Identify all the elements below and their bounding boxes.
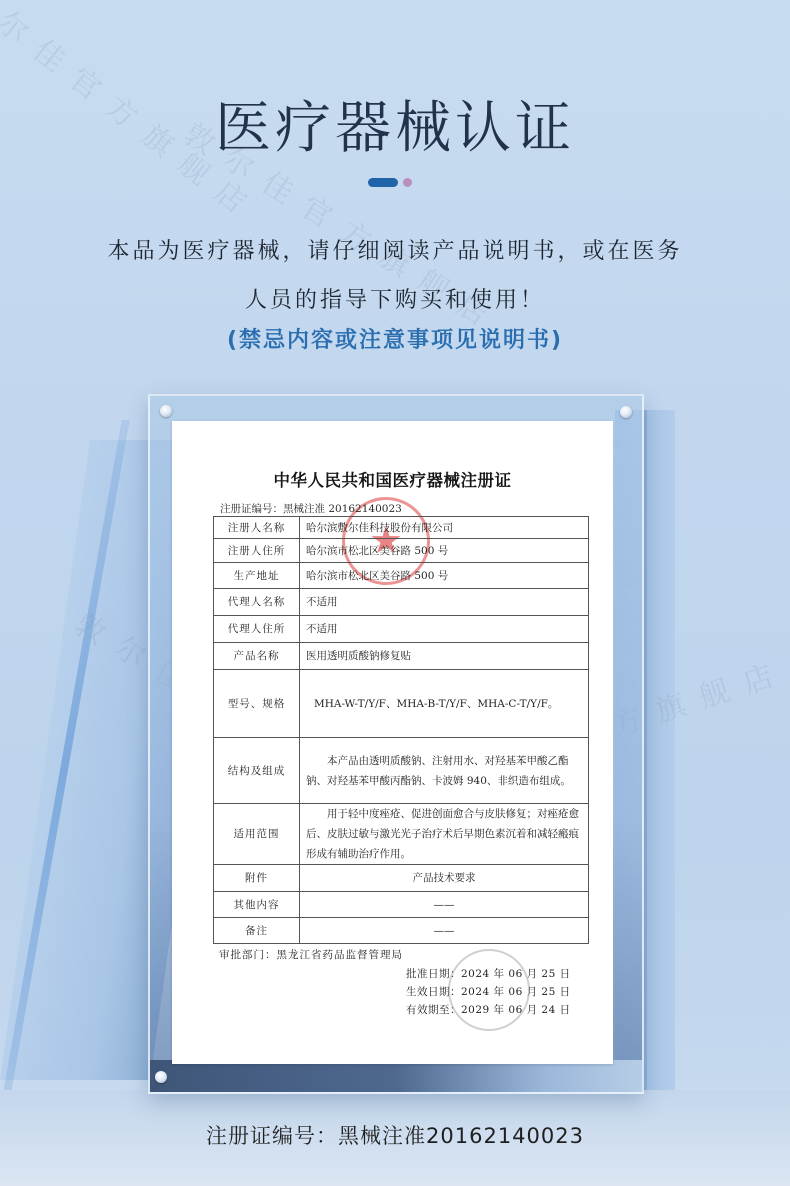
row-value: 本产品由透明质酸钠、注射用水、对羟基苯甲酸乙酯钠、对羟基苯甲酸丙酯钠、卡波姆 9…: [300, 738, 589, 804]
row-value: 产品技术要求: [300, 865, 589, 892]
table-row: 适用范围 用于轻中度痤疮、促进创面愈合与皮肤修复；对痤疮愈后、皮肤过敏与激光光子…: [214, 804, 589, 865]
row-value: 用于轻中度痤疮、促进创面愈合与皮肤修复；对痤疮愈后、皮肤过敏与激光光子治疗术后早…: [300, 804, 589, 865]
certificate-table: 注册人名称 哈尔滨敷尔佳科技股份有限公司 注册人住所 哈尔滨市松北区美谷路 50…: [213, 516, 589, 944]
row-value: 哈尔滨市松北区美谷路 500 号: [300, 563, 589, 589]
row-value: ——: [300, 918, 589, 944]
row-value: 不适用: [300, 616, 589, 643]
row-value: ——: [300, 892, 589, 918]
certificate-number: 注册证编号：黑械注准 20162140023: [220, 501, 402, 516]
table-row: 注册人住所 哈尔滨市松北区美谷路 500 号: [214, 539, 589, 563]
table-row: 附件 产品技术要求: [214, 865, 589, 892]
notice-line-2: 人员的指导下购买和使用！: [0, 283, 790, 314]
background-right-edge: [644, 410, 647, 1100]
row-value: 哈尔滨敷尔佳科技股份有限公司: [300, 517, 589, 539]
approval-date: 批准日期：2024 年 06 月 25 日: [406, 965, 571, 983]
page-title: 医疗器械认证: [0, 84, 790, 164]
valid-until-date: 有效期至：2029 年 06 月 24 日: [406, 1001, 571, 1019]
row-value: 不适用: [300, 589, 589, 616]
table-row: 注册人名称 哈尔滨敷尔佳科技股份有限公司: [214, 517, 589, 539]
certificate-dates: 批准日期：2024 年 06 月 25 日 生效日期：2024 年 06 月 2…: [406, 965, 571, 1019]
frame-bolt-icon: [155, 1071, 167, 1083]
row-label: 结构及组成: [214, 738, 300, 804]
row-label: 代理人住所: [214, 616, 300, 643]
frame-bolt-icon: [620, 406, 632, 418]
row-label: 附件: [214, 865, 300, 892]
accent-bar: [368, 178, 398, 187]
row-label: 生产地址: [214, 563, 300, 589]
row-label: 注册人住所: [214, 539, 300, 563]
certificate-title: 中华人民共和国医疗器械注册证: [172, 467, 613, 491]
notice-contraindications: (禁忌内容或注意事项见说明书): [0, 323, 790, 354]
row-label: 注册人名称: [214, 517, 300, 539]
effective-date: 生效日期：2024 年 06 月 25 日: [406, 983, 571, 1001]
row-label: 产品名称: [214, 643, 300, 670]
registration-certificate: ★ 中华人民共和国医疗器械注册证 注册证编号：黑械注准 20162140023 …: [172, 421, 613, 1064]
row-label: 型号、规格: [214, 670, 300, 738]
notice-line-1: 本品为医疗器械，请仔细阅读产品说明书，或在医务: [0, 234, 790, 265]
table-row: 结构及组成 本产品由透明质酸钠、注射用水、对羟基苯甲酸乙酯钠、对羟基苯甲酸丙酯钠…: [214, 738, 589, 804]
table-row: 代理人名称 不适用: [214, 589, 589, 616]
row-value: 医用透明质酸钠修复贴: [300, 643, 589, 670]
table-row: 生产地址 哈尔滨市松北区美谷路 500 号: [214, 563, 589, 589]
row-label: 备注: [214, 918, 300, 944]
frame-bolt-icon: [160, 405, 172, 417]
row-label: 其他内容: [214, 892, 300, 918]
table-row: 代理人住所 不适用: [214, 616, 589, 643]
row-label: 代理人名称: [214, 589, 300, 616]
row-value: 哈尔滨市松北区美谷路 500 号: [300, 539, 589, 563]
table-row: 其他内容 ——: [214, 892, 589, 918]
frame-bottom-shade: [150, 1060, 642, 1092]
table-row: 型号、规格 MHA-W-T/Y/F、MHA-B-T/Y/F、MHA-C-T/Y/…: [214, 670, 589, 738]
table-row: 产品名称 医用透明质酸钠修复贴: [214, 643, 589, 670]
row-value: MHA-W-T/Y/F、MHA-B-T/Y/F、MHA-C-T/Y/F。: [300, 670, 589, 738]
accent-dot: [403, 178, 412, 187]
row-label: 适用范围: [214, 804, 300, 865]
table-row: 备注 ——: [214, 918, 589, 944]
registration-number-footer: 注册证编号：黑械注准20162140023: [0, 1120, 790, 1150]
approval-department: 审批部门：黑龙江省药品监督管理局: [219, 947, 403, 962]
